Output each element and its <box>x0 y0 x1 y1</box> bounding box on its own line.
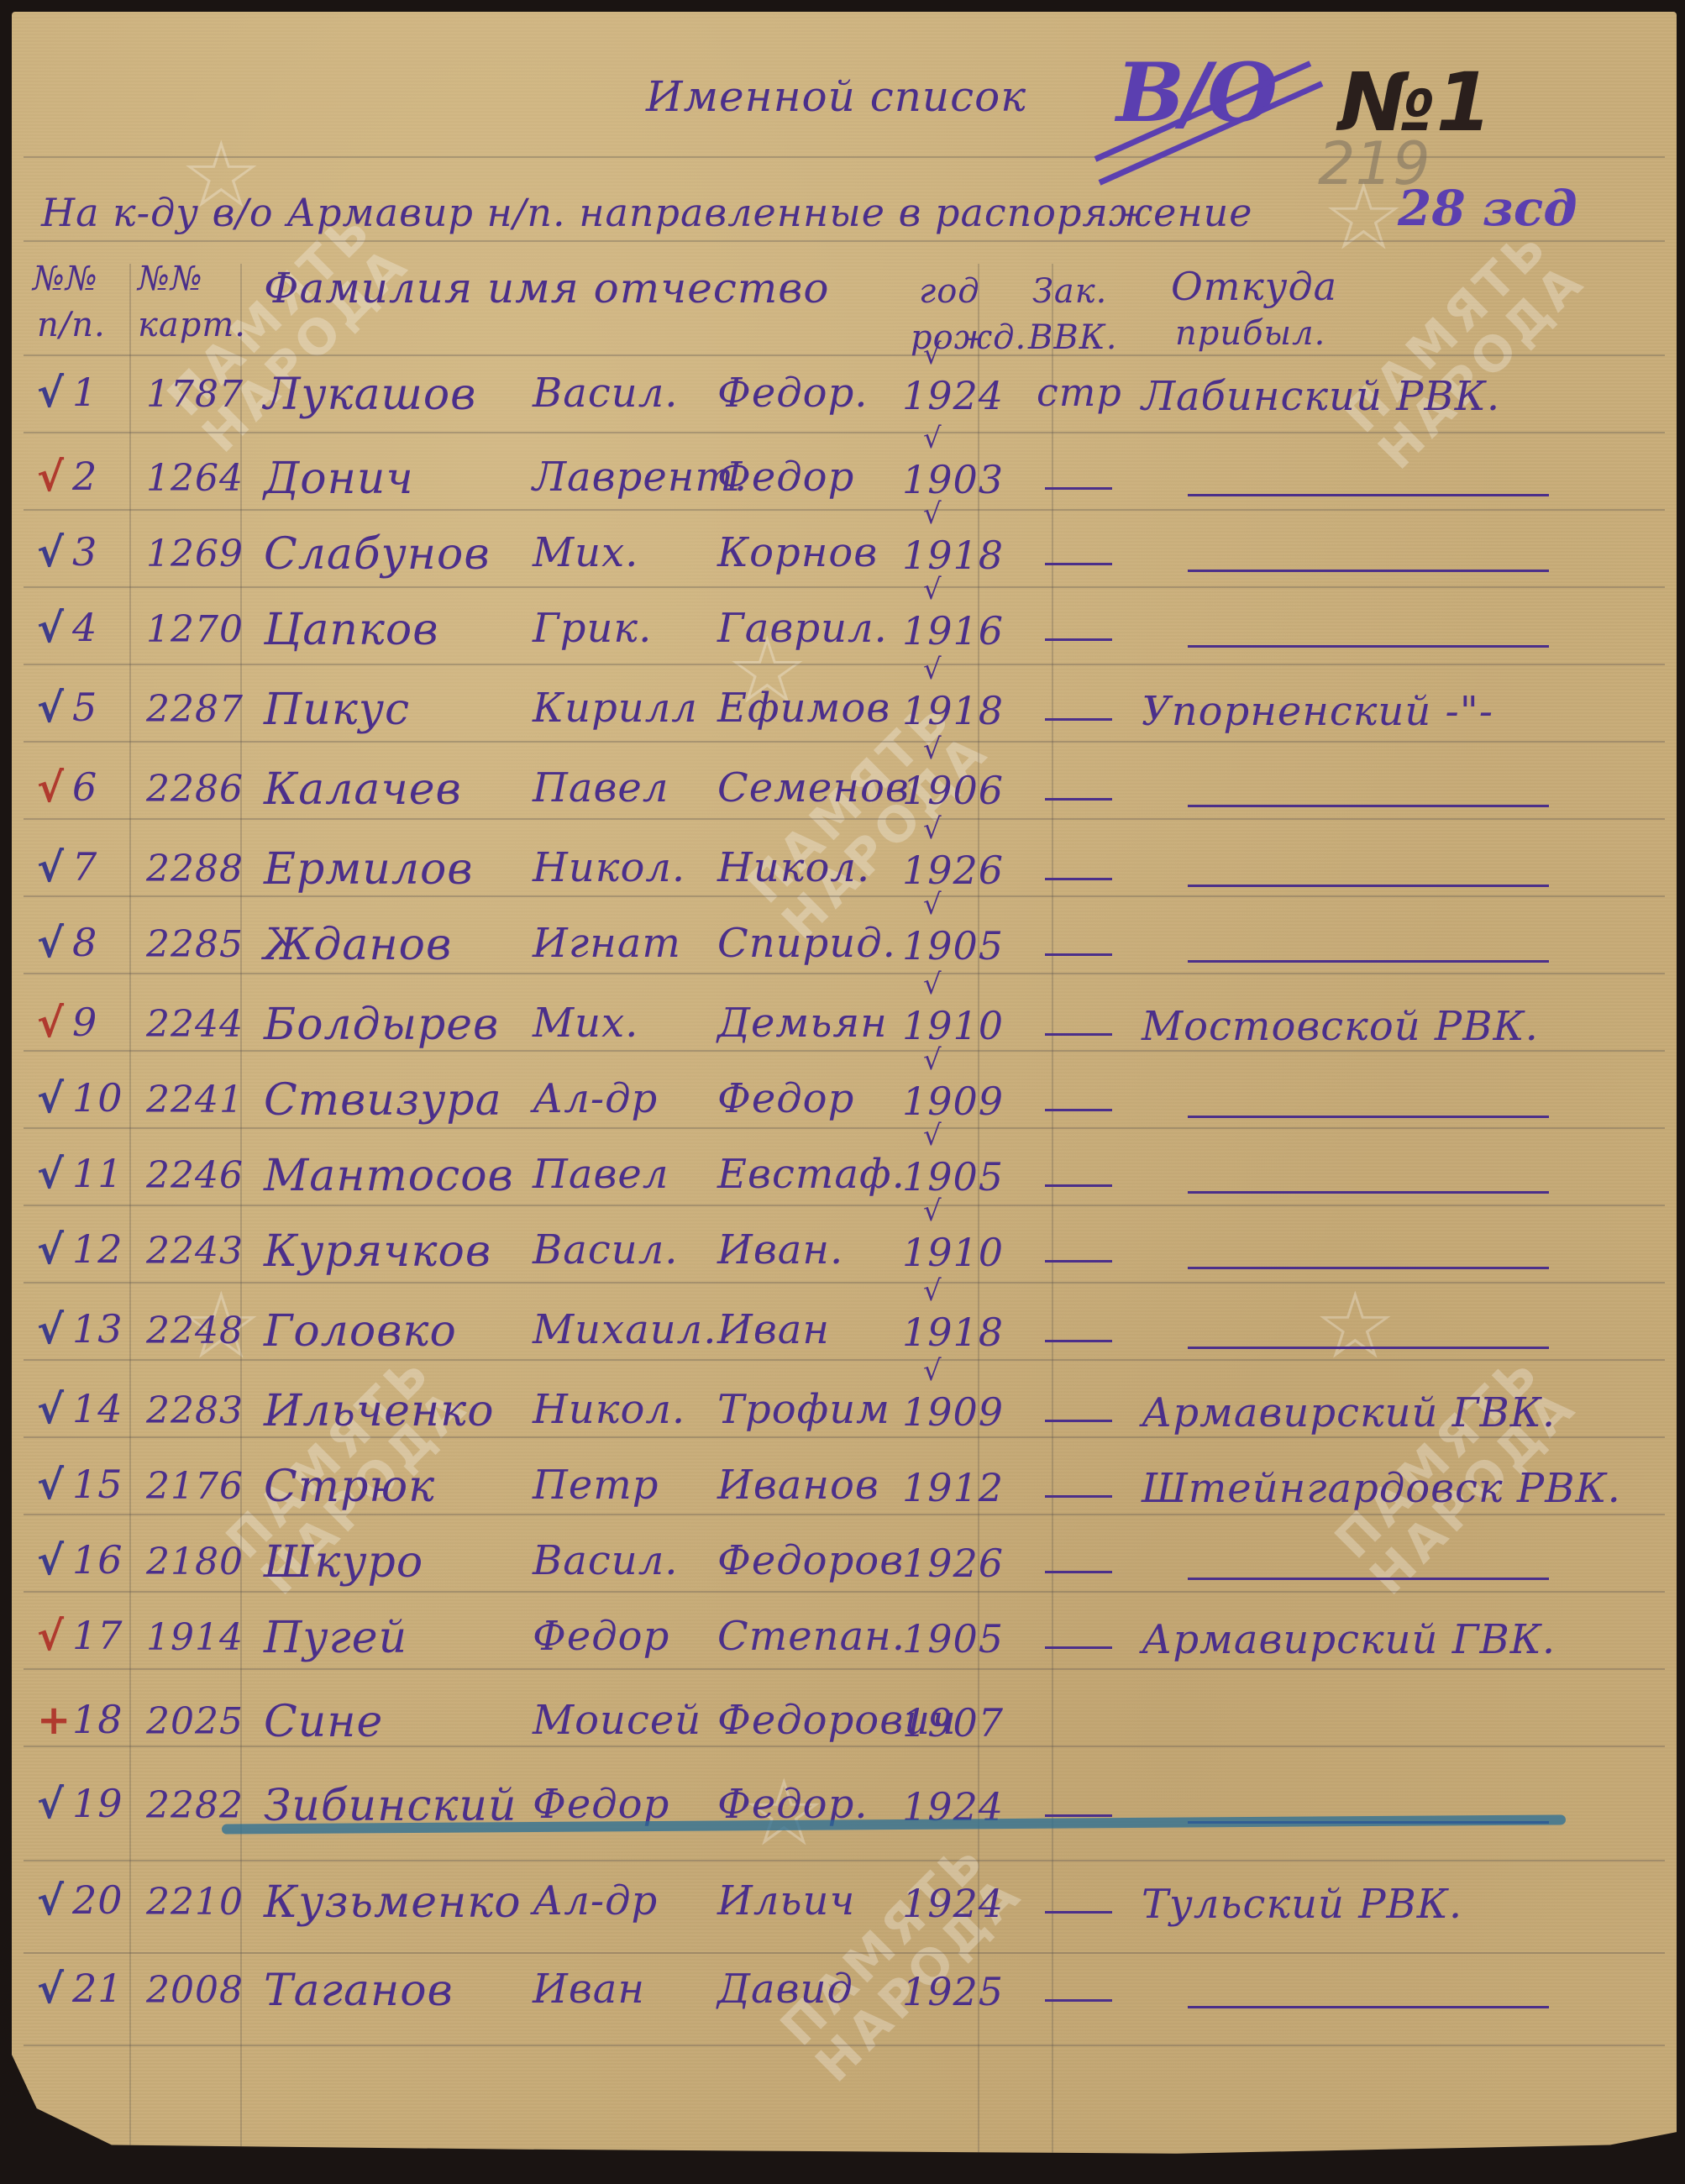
patronymic: Евстаф. <box>717 1151 905 1198</box>
card-number: 1914 <box>146 1616 244 1659</box>
header-num: №№ <box>33 260 98 298</box>
row-number: 18 <box>72 1697 123 1742</box>
ditto-mark <box>1188 1347 1549 1349</box>
row-number: 10 <box>72 1075 123 1121</box>
row-number: 7 <box>72 844 97 890</box>
given-name: Павел <box>533 764 669 811</box>
ruled-line <box>24 509 1665 511</box>
year-checkmark-icon: √ <box>923 1194 942 1228</box>
ditto-mark <box>1188 885 1549 887</box>
row-number: 20 <box>72 1877 123 1923</box>
surname: Калачев <box>264 764 462 815</box>
checkmark-icon: √ <box>37 1000 64 1047</box>
card-number: 2248 <box>146 1310 244 1352</box>
row-number: 2 <box>72 454 97 499</box>
ruled-line <box>24 1860 1665 1861</box>
origin: Тульский РВК. <box>1142 1881 1462 1928</box>
card-number: 2008 <box>146 1969 244 2012</box>
ditto-mark <box>1188 805 1549 807</box>
birth-year: 1905 <box>902 923 1004 969</box>
ditto-mark <box>1188 570 1549 572</box>
patronymic: Иванов <box>717 1462 879 1509</box>
vvk-conclusion: стр <box>1037 370 1122 415</box>
patronymic: Иван <box>717 1306 830 1353</box>
surname: Донич <box>264 454 414 504</box>
given-name: Васил. <box>533 1537 679 1584</box>
row-number: 14 <box>72 1386 123 1431</box>
birth-year: 1916 <box>902 608 1004 654</box>
card-number: 2025 <box>146 1700 244 1743</box>
ditto-mark <box>1188 1267 1549 1269</box>
row-number: 3 <box>72 529 97 575</box>
header-num-2: п/п. <box>37 306 106 344</box>
ditto-mark <box>1045 563 1112 565</box>
surname: Сине <box>264 1697 383 1747</box>
birth-year: 1926 <box>902 848 1004 893</box>
checkmark-icon: √ <box>37 1075 64 1122</box>
given-name: Мих. <box>533 1000 638 1047</box>
birth-year: 1918 <box>902 533 1004 578</box>
birth-year: 1918 <box>902 688 1004 733</box>
column-divider <box>1052 264 1053 2154</box>
ruled-line <box>24 1050 1665 1052</box>
row-number: 21 <box>72 1966 123 2011</box>
surname: Жданов <box>264 920 452 970</box>
card-number: 2246 <box>146 1154 244 1197</box>
birth-year: 1926 <box>902 1541 1004 1586</box>
header-from: Откуда <box>1171 264 1337 309</box>
document-page: ☆ ПАМЯТЬНАРОДА ☆ ПАМЯТЬНАРОДА ☆ ПАМЯТЬНА… <box>12 12 1677 2162</box>
patronymic: Степан. <box>717 1613 905 1660</box>
birth-year: 1909 <box>902 1079 1004 1124</box>
checkmark-icon: √ <box>37 1386 64 1433</box>
surname: Слабунов <box>264 529 491 580</box>
checkmark-icon: √ <box>37 529 64 576</box>
birth-year: 1912 <box>902 1465 1004 1510</box>
ditto-mark <box>1045 718 1112 721</box>
row-number: 11 <box>72 1151 123 1196</box>
card-number: 2210 <box>146 1881 244 1924</box>
document-title: Именной список <box>646 72 1026 121</box>
surname: Шкуро <box>264 1537 423 1588</box>
birth-year: 1918 <box>902 1310 1004 1355</box>
checkmark-icon: √ <box>37 370 64 417</box>
birth-year: 1924 <box>902 373 1004 418</box>
card-number: 2243 <box>146 1230 244 1273</box>
ruled-line <box>24 432 1665 433</box>
birth-year: 1924 <box>902 1881 1004 1926</box>
row-number: 12 <box>72 1226 123 1272</box>
surname: Таганов <box>264 1966 454 2016</box>
birth-year: 1925 <box>902 1969 1004 2014</box>
year-checkmark-icon: √ <box>923 968 942 1001</box>
ruled-line <box>24 664 1665 665</box>
origin: Мостовской РВК. <box>1142 1003 1539 1050</box>
row-number: 8 <box>72 920 97 965</box>
document-subtitle: На к-ду в/о Армавир н/п. направленные в … <box>41 190 1253 235</box>
ditto-mark <box>1045 953 1112 956</box>
given-name: Федор <box>533 1613 669 1660</box>
ruled-line <box>24 895 1665 897</box>
birth-year: 1909 <box>902 1389 1004 1435</box>
ditto-mark <box>1188 960 1549 963</box>
given-name: Никол. <box>533 1386 685 1433</box>
checkmark-icon: √ <box>37 454 64 501</box>
given-name: Васил. <box>533 370 679 417</box>
header-vvk-2: ВВК. <box>1028 318 1117 357</box>
given-name: Ал-др <box>533 1877 658 1924</box>
header-year: год <box>919 272 980 311</box>
patronymic: Иван. <box>717 1226 843 1273</box>
checkmark-icon: + <box>37 1697 71 1744</box>
ditto-mark <box>1188 1578 1549 1580</box>
ditto-mark <box>1045 1109 1112 1111</box>
card-number: 2180 <box>146 1541 244 1583</box>
year-checkmark-icon: √ <box>923 1119 942 1152</box>
row-number: 6 <box>72 764 97 810</box>
column-divider <box>129 264 131 2154</box>
row-number: 15 <box>72 1462 123 1507</box>
card-number: 2287 <box>146 688 244 731</box>
year-checkmark-icon: √ <box>923 653 942 686</box>
year-checkmark-icon: √ <box>923 732 942 766</box>
given-name: Грик. <box>533 605 652 652</box>
checkmark-icon: √ <box>37 1537 64 1584</box>
year-checkmark-icon: √ <box>923 1043 942 1077</box>
surname: Лукашов <box>264 370 476 420</box>
watermark-star-icon: ☆ <box>1314 1272 1397 1379</box>
patronymic: Никол. <box>717 844 870 891</box>
surname: Мантосов <box>264 1151 514 1201</box>
ruled-line <box>24 586 1665 588</box>
card-number: 2282 <box>146 1784 244 1827</box>
birth-year: 1905 <box>902 1616 1004 1662</box>
ruled-line <box>24 741 1665 743</box>
ditto-mark <box>1188 2006 1549 2008</box>
ruled-line <box>24 1359 1665 1361</box>
card-number: 2176 <box>146 1465 244 1508</box>
patronymic: Федор <box>717 1075 854 1122</box>
row-number: 19 <box>72 1781 123 1826</box>
patronymic: Корнов <box>717 529 878 576</box>
birth-year: 1910 <box>902 1230 1004 1275</box>
ruled-line <box>24 818 1665 820</box>
checkmark-icon: √ <box>37 1462 64 1509</box>
surname: Пугей <box>264 1613 407 1663</box>
birth-year: 1910 <box>902 1003 1004 1048</box>
year-checkmark-icon: √ <box>923 1274 942 1308</box>
ditto-mark <box>1045 1646 1112 1649</box>
origin: Армавирский ГВК. <box>1142 1389 1556 1436</box>
year-checkmark-icon: √ <box>923 812 942 846</box>
header-card-2: карт. <box>138 306 246 344</box>
ditto-mark <box>1045 1420 1112 1422</box>
checkmark-icon: √ <box>37 1877 64 1924</box>
given-name: Павел <box>533 1151 669 1198</box>
ditto-mark <box>1045 1814 1112 1817</box>
header-fio: Фамилия имя отчество <box>264 264 830 312</box>
card-number: 1264 <box>146 457 244 500</box>
year-checkmark-icon: √ <box>923 338 942 371</box>
given-name: Мих. <box>533 529 638 576</box>
patronymic: Федоров <box>717 1537 904 1584</box>
birth-year: 1907 <box>902 1700 1004 1746</box>
row-number: 13 <box>72 1306 123 1352</box>
patronymic: Федор <box>717 454 854 501</box>
watermark: ПАМЯТЬНАРОДА <box>771 1830 1031 2091</box>
birth-year: 1905 <box>902 1154 1004 1200</box>
patronymic: Федор. <box>717 370 869 417</box>
ruled-line <box>24 2045 1665 2046</box>
checkmark-icon: √ <box>37 1966 64 2013</box>
card-number: 2285 <box>146 923 244 966</box>
card-number: 1787 <box>146 373 244 416</box>
ruled-line <box>24 240 1665 242</box>
ditto-mark <box>1188 1116 1549 1118</box>
patronymic: Спирид. <box>717 920 896 967</box>
ditto-mark <box>1045 878 1112 880</box>
given-name: Лаврент. <box>533 454 748 501</box>
ruled-line <box>24 1282 1665 1284</box>
header-vvk: Зак. <box>1032 272 1107 311</box>
birth-year: 1903 <box>902 457 1004 502</box>
ditto-mark <box>1045 1571 1112 1573</box>
surname: Цапков <box>264 605 438 655</box>
surname: Ильченко <box>264 1386 495 1436</box>
unit-label: 28 зсд <box>1398 180 1577 237</box>
ditto-mark <box>1045 1999 1112 2002</box>
surname: Курячков <box>264 1226 491 1277</box>
given-name: Игнат <box>533 920 681 967</box>
card-number: 2244 <box>146 1003 244 1046</box>
given-name: Петр <box>533 1462 659 1509</box>
patronymic: Семенов <box>717 764 910 811</box>
ditto-mark <box>1045 487 1112 490</box>
card-number: 2241 <box>146 1079 244 1121</box>
given-name: Васил. <box>533 1226 679 1273</box>
given-name: Никол. <box>533 844 685 891</box>
surname: Болдырев <box>264 1000 499 1050</box>
checkmark-icon: √ <box>37 1306 64 1353</box>
header-from-2: прибыл. <box>1175 314 1325 353</box>
checkmark-icon: √ <box>37 1781 64 1828</box>
surname: Пикус <box>264 685 410 735</box>
origin: Упорненский -"- <box>1142 688 1493 735</box>
header-card: №№ <box>138 260 203 298</box>
given-name: Моисей <box>533 1697 701 1744</box>
patronymic: Гаврил. <box>717 605 888 652</box>
card-number: 2288 <box>146 848 244 890</box>
checkmark-icon: √ <box>37 685 64 732</box>
ruled-line <box>24 1436 1665 1438</box>
checkmark-icon: √ <box>37 764 64 811</box>
checkmark-icon: √ <box>37 920 64 967</box>
ditto-mark <box>1045 638 1112 641</box>
card-number: 1270 <box>146 608 244 651</box>
given-name: Иван <box>533 1966 645 2013</box>
year-checkmark-icon: √ <box>923 573 942 606</box>
ditto-mark <box>1045 1495 1112 1498</box>
ditto-mark <box>1045 1033 1112 1036</box>
card-number: 2283 <box>146 1389 244 1432</box>
ditto-mark <box>1188 1191 1549 1194</box>
given-name: Михаил. <box>533 1306 717 1353</box>
card-number: 2286 <box>146 768 244 811</box>
patronymic: Давид <box>717 1966 853 2013</box>
ruled-line <box>24 354 1665 356</box>
birth-year: 1906 <box>902 768 1004 813</box>
patronymic: Ильич <box>717 1877 855 1924</box>
ruled-line <box>24 1668 1665 1670</box>
ditto-mark <box>1045 1340 1112 1342</box>
ruled-line <box>24 973 1665 974</box>
ditto-mark <box>1045 1911 1112 1914</box>
ditto-mark <box>1045 1260 1112 1263</box>
row-number: 5 <box>72 685 97 730</box>
origin: Лабинский РВК. <box>1142 373 1500 420</box>
origin: Штейнгардовск РВК. <box>1142 1465 1621 1512</box>
checkmark-icon: √ <box>37 1613 64 1660</box>
checkmark-icon: √ <box>37 1151 64 1198</box>
surname: Ствизура <box>264 1075 502 1126</box>
checkmark-icon: √ <box>37 844 64 891</box>
ditto-mark <box>1188 494 1549 496</box>
ditto-mark <box>1045 1184 1112 1187</box>
ditto-mark <box>1188 645 1549 648</box>
ruled-line <box>24 1205 1665 1206</box>
patronymic: Ефимов <box>717 685 890 732</box>
patronymic: Трофим <box>717 1386 890 1433</box>
surname: Кузьменко <box>264 1877 522 1928</box>
surname: Головко <box>264 1306 457 1357</box>
ruled-line <box>24 1514 1665 1515</box>
year-checkmark-icon: √ <box>923 497 942 531</box>
given-name: Кирилл <box>533 685 698 732</box>
row-number: 4 <box>72 605 97 650</box>
year-checkmark-icon: √ <box>923 422 942 455</box>
row-number: 16 <box>72 1537 123 1583</box>
given-name: Ал-др <box>533 1075 658 1122</box>
surname: Стрюк <box>264 1462 435 1512</box>
ditto-mark <box>1045 798 1112 801</box>
card-number: 1269 <box>146 533 244 575</box>
checkmark-icon: √ <box>37 605 64 652</box>
ruled-line <box>24 1952 1665 1954</box>
year-checkmark-icon: √ <box>923 888 942 921</box>
row-number: 9 <box>72 1000 97 1045</box>
ruled-line <box>24 1127 1665 1129</box>
row-number: 17 <box>72 1613 123 1658</box>
checkmark-icon: √ <box>37 1226 64 1273</box>
origin: Армавирский ГВК. <box>1142 1616 1556 1663</box>
row-number: 1 <box>72 370 97 415</box>
patronymic: Демьян <box>717 1000 888 1047</box>
year-checkmark-icon: √ <box>923 1354 942 1388</box>
surname: Ермилов <box>264 844 474 895</box>
ruled-line <box>24 1591 1665 1593</box>
